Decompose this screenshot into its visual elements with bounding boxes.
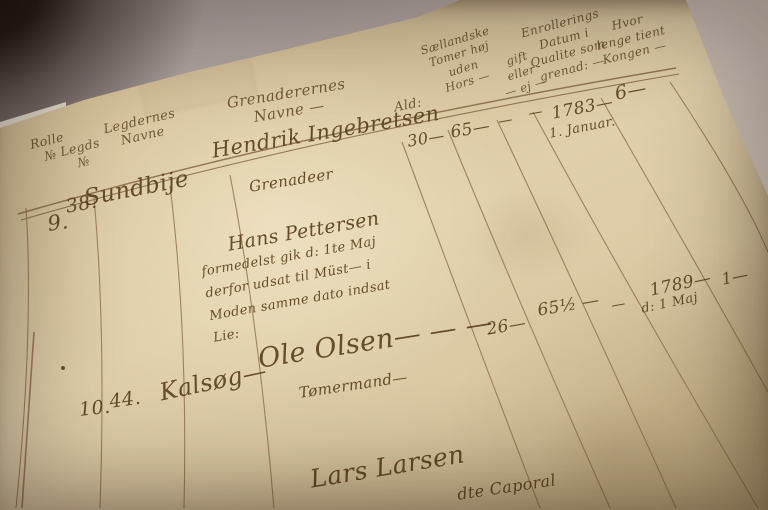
photo-of-ledger-page: Rolle № Legds № Legdernes Navne Grenader… <box>0 0 768 510</box>
cell-blank-dash: — <box>527 103 544 122</box>
cell-married-dash: — <box>497 111 514 130</box>
ink-speck <box>61 366 65 370</box>
cell-rolle-no: 10. <box>78 396 112 422</box>
cell-legds-no: 44. <box>108 387 142 414</box>
cell-blank-dash: — <box>610 295 627 314</box>
